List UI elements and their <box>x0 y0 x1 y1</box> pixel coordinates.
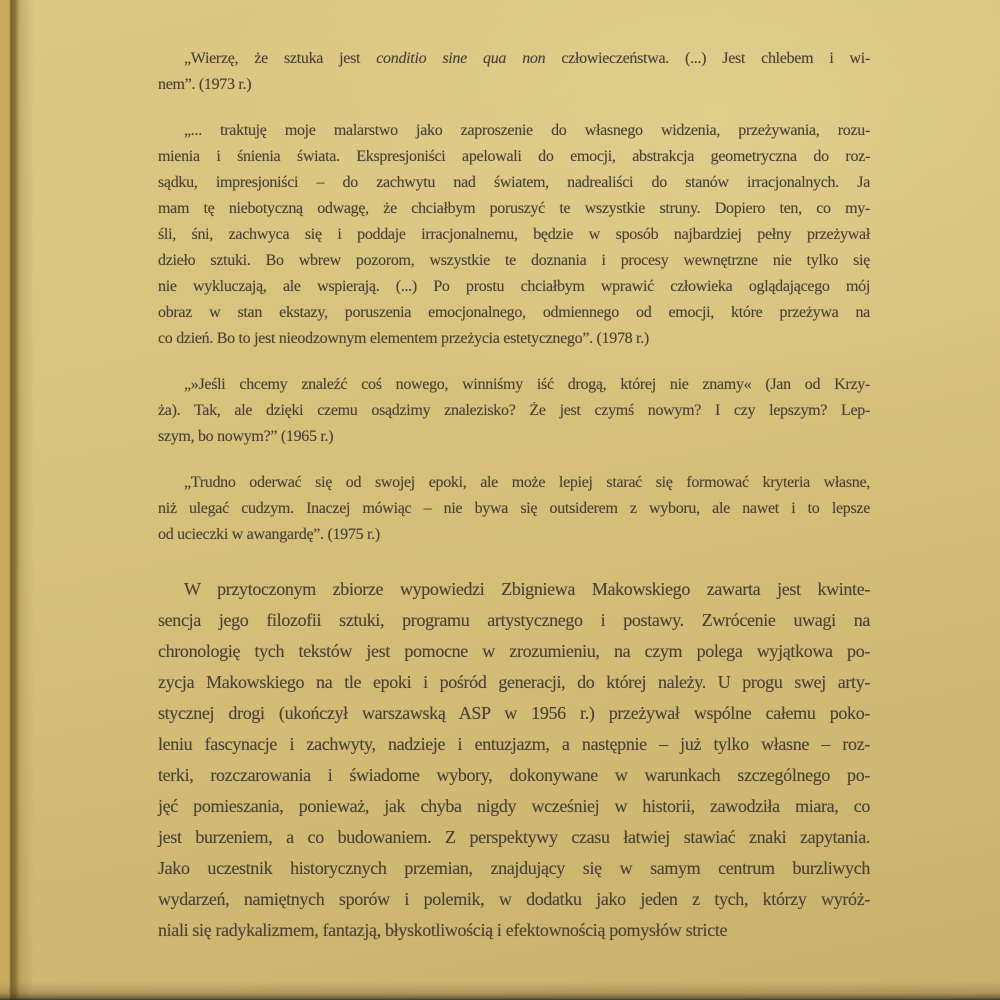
text-line: „Wierzę, że sztuka jest conditio sine qu… <box>158 46 870 72</box>
text-line: leniu fascynacje i zachwyty, nadzieje i … <box>158 729 870 760</box>
text-line: nem”. (1973 r.) <box>158 72 870 98</box>
text-segment: mam tę niebotyczną odwagę, że chciałbym … <box>158 200 870 217</box>
text-line: terki, rozczarowania i świadome wybory, … <box>158 760 870 791</box>
text-segment: nie wykluczają, ale wspierają. (...) Po … <box>158 278 870 295</box>
text-line: „... traktuję moje malarstwo jako zapros… <box>158 118 870 144</box>
text-line: niż ulegać cudzym. Inaczej mówiąc – nie … <box>158 496 870 522</box>
text-segment: co dzień. Bo to jest nieodzownym element… <box>158 330 649 347</box>
text-line: nie wykluczają, ale wspierają. (...) Po … <box>158 274 870 300</box>
page-text-block: „Wierzę, że sztuka jest conditio sine qu… <box>158 46 870 946</box>
text-line: szym, bo nowym?” (1965 r.) <box>158 424 870 450</box>
text-segment: ża). Tak, ale dzięki czemu osądzimy znal… <box>158 402 870 419</box>
text-segment: zycja Makowskiego na tle epoki i pośród … <box>158 672 870 692</box>
main-paragraph: W przytoczonym zbiorze wypowiedzi Zbigni… <box>158 574 870 946</box>
text-line: wydarzeń, namiętnych sporów i polemik, w… <box>158 884 870 915</box>
text-segment: jęć pomieszania, ponieważ, jak chyba nig… <box>158 796 870 816</box>
text-segment: sądku, impresjoniści – do zachwytu nad ś… <box>158 174 870 191</box>
text-line: mienia i śnienia świata. Ekspresjoniści … <box>158 144 870 170</box>
text-line: co dzień. Bo to jest nieodzownym element… <box>158 326 870 352</box>
text-line: „Trudno oderwać się od swojej epoki, ale… <box>158 470 870 496</box>
text-segment: od ucieczki w awangardę”. (1975 r.) <box>158 526 380 543</box>
text-segment: człowieczeństwa. (...) Jest chlebem i wi… <box>545 50 870 67</box>
quote-paragraph: „... traktuję moje malarstwo jako zapros… <box>158 118 870 352</box>
text-segment: niż ulegać cudzym. Inaczej mówiąc – nie … <box>158 500 870 517</box>
text-segment: śli, śni, zachwyca się i poddaje irracjo… <box>158 226 870 243</box>
text-line: śli, śni, zachwyca się i poddaje irracjo… <box>158 222 870 248</box>
text-line: mam tę niebotyczną odwagę, że chciałbym … <box>158 196 870 222</box>
text-line: zycja Makowskiego na tle epoki i pośród … <box>158 667 870 698</box>
text-line: Jako uczestnik historycznych przemian, z… <box>158 853 870 884</box>
text-segment: niali się radykalizmem, fantazją, błysko… <box>158 920 727 940</box>
text-segment: „Trudno oderwać się od swojej epoki, ale… <box>184 474 870 491</box>
text-line: sencja jego filozofii sztuki, programu a… <box>158 605 870 636</box>
quote-paragraph: „Wierzę, że sztuka jest conditio sine qu… <box>158 46 870 98</box>
book-page-photo: { "document": { "kind": "photographed bo… <box>0 0 1000 1000</box>
text-line: jęć pomieszania, ponieważ, jak chyba nig… <box>158 791 870 822</box>
text-line: niali się radykalizmem, fantazją, błysko… <box>158 915 870 946</box>
text-segment: szym, bo nowym?” (1965 r.) <box>158 428 333 445</box>
text-line: dzieło sztuki. Bo wbrew pozorom, wszystk… <box>158 248 870 274</box>
text-line: obraz w stan ekstazy, poruszenia emocjon… <box>158 300 870 326</box>
text-segment: sencja jego filozofii sztuki, programu a… <box>158 610 870 630</box>
text-segment: „»Jeśli chcemy znaleźć coś nowego, winni… <box>184 376 870 393</box>
text-line: chronologię tych tekstów jest pomocne w … <box>158 636 870 667</box>
text-segment: nem”. (1973 r.) <box>158 76 251 93</box>
text-segment: dzieło sztuki. Bo wbrew pozorom, wszystk… <box>158 252 870 269</box>
text-segment: „Wierzę, że sztuka jest <box>184 50 376 67</box>
text-line: od ucieczki w awangardę”. (1975 r.) <box>158 522 870 548</box>
text-segment: wydarzeń, namiętnych sporów i polemik, w… <box>158 889 870 909</box>
text-segment: mienia i śnienia świata. Ekspresjoniści … <box>158 148 870 165</box>
text-line: W przytoczonym zbiorze wypowiedzi Zbigni… <box>158 574 870 605</box>
text-segment: leniu fascynacje i zachwyty, nadzieje i … <box>158 734 870 754</box>
text-line: „»Jeśli chcemy znaleźć coś nowego, winni… <box>158 372 870 398</box>
text-segment: W przytoczonym zbiorze wypowiedzi Zbigni… <box>184 579 870 599</box>
quote-paragraph: „Trudno oderwać się od swojej epoki, ale… <box>158 470 870 548</box>
text-segment: terki, rozczarowania i świadome wybory, … <box>158 765 870 785</box>
text-segment: chronologię tych tekstów jest pomocne w … <box>158 641 870 661</box>
text-segment: obraz w stan ekstazy, poruszenia emocjon… <box>158 304 870 321</box>
text-segment: „... traktuję moje malarstwo jako zapros… <box>184 122 870 139</box>
text-line: sądku, impresjoniści – do zachwytu nad ś… <box>158 170 870 196</box>
text-segment: jest burzeniem, a co budowaniem. Z persp… <box>158 827 870 847</box>
text-segment: Jako uczestnik historycznych przemian, z… <box>158 858 870 878</box>
page-bottom-shadow <box>0 982 1000 1000</box>
italic-latin-phrase: conditio sine qua non <box>376 50 545 67</box>
quote-paragraph: „»Jeśli chcemy znaleźć coś nowego, winni… <box>158 372 870 450</box>
text-line: stycznej drogi (ukończył warszawską ASP … <box>158 698 870 729</box>
text-line: ża). Tak, ale dzięki czemu osądzimy znal… <box>158 398 870 424</box>
text-segment: stycznej drogi (ukończył warszawską ASP … <box>158 703 870 723</box>
page-left-edge-shadow <box>0 0 34 1000</box>
text-line: jest burzeniem, a co budowaniem. Z persp… <box>158 822 870 853</box>
